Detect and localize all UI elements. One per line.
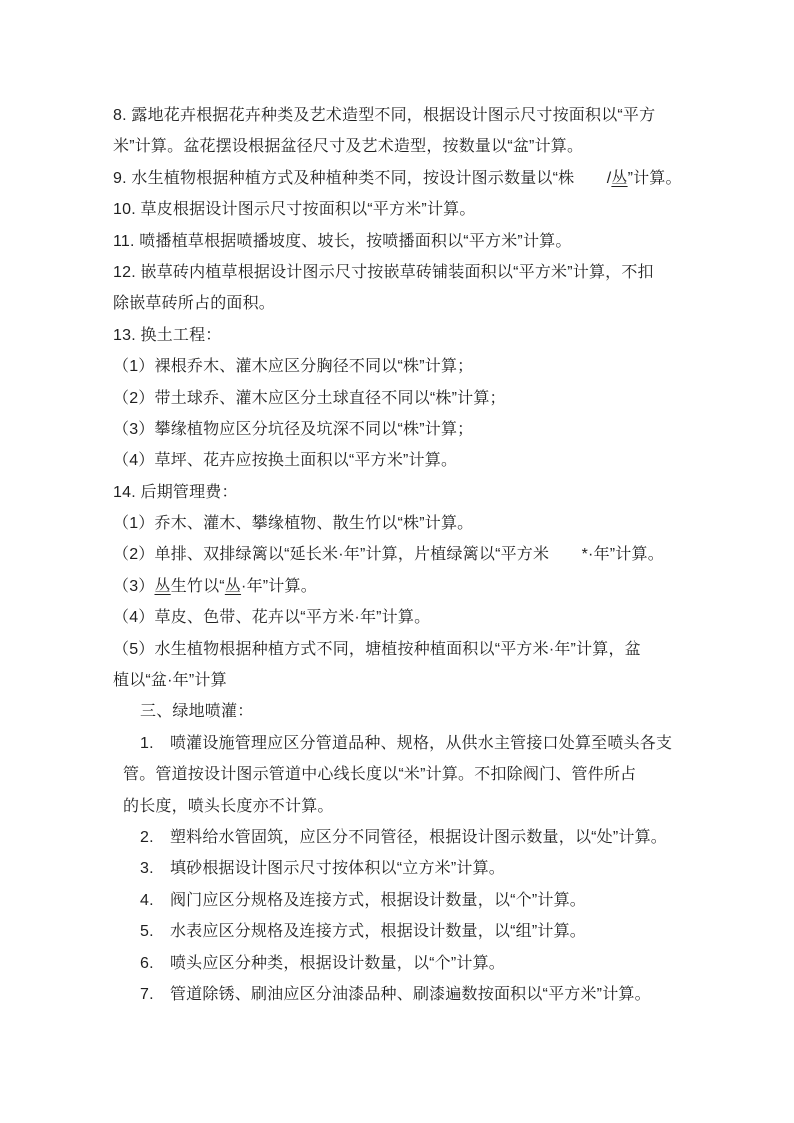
text-segment: 4. 阀门应区分规格及连接方式，根据设计数量，以“个”计算。 [140, 892, 586, 909]
text-segment: 米”计算。盆花摆设根据盆径尺寸及艺术造型，按数量以“盆”计算。 [113, 138, 583, 155]
text-line: 管。管道按设计图示管道中心线长度以“米”计算。不扣除阀门、管件所占 [113, 759, 693, 790]
paragraph: （3）丛生竹以“丛·年”计算。 [113, 571, 693, 602]
text-line: 5. 水表应区分规格及连接方式，根据设计数量，以“组”计算。 [113, 916, 693, 947]
text-segment: 植以“盆·年”计算 [113, 672, 227, 689]
paragraph: 7. 管道除锈、刷油应区分油漆品种、刷漆遍数按面积以“平方米”计算。 [113, 979, 693, 1010]
text-segment: 除嵌草砖所占的面积。 [113, 295, 275, 312]
text-line: 13. 换土工程： [113, 320, 693, 351]
paragraph: 1. 喷灌设施管理应区分管道品种、规格，从供水主管接口处算至喷头各支管。管道按设… [113, 728, 693, 822]
paragraph: 11. 喷播植草根据喷播坡度、坡长，按喷播面积以“平方米”计算。 [113, 226, 693, 257]
text-segment: 8. 露地花卉根据花卉种类及艺术造型不同，根据设计图示尺寸按面积以“平方 [113, 107, 655, 124]
paragraph: 13. 换土工程： [113, 320, 693, 351]
text-line: （2）带土球乔、灌木应区分土球直径不同以“株”计算； [113, 383, 693, 414]
paragraph: 三、绿地喷灌： [113, 696, 693, 727]
paragraph: （4）草皮、色带、花卉以“平方米·年”计算。 [113, 602, 693, 633]
paragraph: 3. 填砂根据设计图示尺寸按体积以“立方米”计算。 [113, 853, 693, 884]
text-line: （4）草坪、花卉应按换土面积以“平方米”计算。 [113, 445, 693, 476]
text-segment: （4）草皮、色带、花卉以“平方米·年”计算。 [113, 609, 430, 626]
text-segment: 3. 填砂根据设计图示尺寸按体积以“立方米”计算。 [140, 860, 505, 877]
paragraph: 4. 阀门应区分规格及连接方式，根据设计数量，以“个”计算。 [113, 885, 693, 916]
paragraph: 10. 草皮根据设计图示尺寸按面积以“平方米”计算。 [113, 194, 693, 225]
text-segment: 生竹以“ [171, 578, 225, 595]
text-line: （4）草皮、色带、花卉以“平方米·年”计算。 [113, 602, 693, 633]
text-line: （2）单排、双排绿篱以“延长米·年”计算，片植绿篱以“平方米 *·年”计算。 [113, 539, 693, 570]
text-line: 3. 填砂根据设计图示尺寸按体积以“立方米”计算。 [113, 853, 693, 884]
text-line: 4. 阀门应区分规格及连接方式，根据设计数量，以“个”计算。 [113, 885, 693, 916]
paragraph: 5. 水表应区分规格及连接方式，根据设计数量，以“组”计算。 [113, 916, 693, 947]
text-line: （1）裸根乔木、灌木应区分胸径不同以“株”计算； [113, 351, 693, 382]
paragraph: （1）乔木、灌木、攀缘植物、散生竹以“株”计算。 [113, 508, 693, 539]
paragraph: （3）攀缘植物应区分坑径及坑深不同以“株”计算； [113, 414, 693, 445]
text-segment: （2）单排、双排绿篱以“延长米·年”计算，片植绿篱以“平方米 *·年”计算。 [113, 546, 664, 563]
text-segment: 6. 喷头应区分种类，根据设计数量，以“个”计算。 [140, 955, 505, 972]
text-line: 除嵌草砖所占的面积。 [113, 288, 693, 319]
text-segment: 2. 塑料给水管固筑，应区分不同管径，根据设计图示数量，以“处”计算。 [140, 829, 667, 846]
text-segment: （1）乔木、灌木、攀缘植物、散生竹以“株”计算。 [113, 515, 473, 532]
text-line: 的长度，喷头长度亦不计算。 [113, 791, 693, 822]
text-line: 植以“盆·年”计算 [113, 665, 693, 696]
text-segment: 12. 嵌草砖内植草根据设计图示尺寸按嵌草砖铺装面积以“平方米”计算，不扣 [113, 264, 654, 281]
text-line: 三、绿地喷灌： [113, 696, 693, 727]
text-line: （3）攀缘植物应区分坑径及坑深不同以“株”计算； [113, 414, 693, 445]
text-line: 7. 管道除锈、刷油应区分油漆品种、刷漆遍数按面积以“平方米”计算。 [113, 979, 693, 1010]
text-line: 1. 喷灌设施管理应区分管道品种、规格，从供水主管接口处算至喷头各支 [113, 728, 693, 759]
underlined-text: 丛 [225, 578, 241, 595]
paragraph: （2）单排、双排绿篱以“延长米·年”计算，片植绿篱以“平方米 *·年”计算。 [113, 539, 693, 570]
text-segment: 管。管道按设计图示管道中心线长度以“米”计算。不扣除阀门、管件所占 [123, 766, 636, 783]
underlined-text: 丛 [155, 578, 171, 595]
underlined-text: 丛 [611, 170, 627, 187]
paragraph: （4）草坪、花卉应按换土面积以“平方米”计算。 [113, 445, 693, 476]
text-segment: （4）草坪、花卉应按换土面积以“平方米”计算。 [113, 452, 457, 469]
document-body: 8. 露地花卉根据花卉种类及艺术造型不同，根据设计图示尺寸按面积以“平方米”计算… [113, 100, 693, 1010]
paragraph: 12. 嵌草砖内植草根据设计图示尺寸按嵌草砖铺装面积以“平方米”计算，不扣除嵌草… [113, 257, 693, 320]
text-line: （1）乔木、灌木、攀缘植物、散生竹以“株”计算。 [113, 508, 693, 539]
text-line: 14. 后期管理费： [113, 477, 693, 508]
text-line: （3）丛生竹以“丛·年”计算。 [113, 571, 693, 602]
paragraph: 6. 喷头应区分种类，根据设计数量，以“个”计算。 [113, 948, 693, 979]
text-segment: （5）水生植物根据种植方式不同，塘植按种植面积以“平方米·年”计算，盆 [113, 641, 641, 658]
text-segment: 1. 喷灌设施管理应区分管道品种、规格，从供水主管接口处算至喷头各支 [140, 735, 672, 752]
text-line: 2. 塑料给水管固筑，应区分不同管径，根据设计图示数量，以“处”计算。 [113, 822, 693, 853]
text-line: 9. 水生植物根据种植方式及种植种类不同，按设计图示数量以“株 /丛”计算。 [113, 163, 693, 194]
paragraph: 8. 露地花卉根据花卉种类及艺术造型不同，根据设计图示尺寸按面积以“平方米”计算… [113, 100, 693, 163]
text-line: 6. 喷头应区分种类，根据设计数量，以“个”计算。 [113, 948, 693, 979]
document-page: 8. 露地花卉根据花卉种类及艺术造型不同，根据设计图示尺寸按面积以“平方米”计算… [0, 0, 794, 1123]
text-line: 12. 嵌草砖内植草根据设计图示尺寸按嵌草砖铺装面积以“平方米”计算，不扣 [113, 257, 693, 288]
text-segment: 的长度，喷头长度亦不计算。 [123, 798, 334, 815]
paragraph: 9. 水生植物根据种植方式及种植种类不同，按设计图示数量以“株 /丛”计算。 [113, 163, 693, 194]
text-line: 米”计算。盆花摆设根据盆径尺寸及艺术造型，按数量以“盆”计算。 [113, 131, 693, 162]
text-segment: 14. 后期管理费： [113, 484, 238, 501]
text-segment: （2）带土球乔、灌木应区分土球直径不同以“株”计算； [113, 390, 506, 407]
text-segment: 11. 喷播植草根据喷播坡度、坡长，按喷播面积以“平方米”计算。 [113, 233, 572, 250]
text-segment: （1）裸根乔木、灌木应区分胸径不同以“株”计算； [113, 358, 473, 375]
paragraph: （2）带土球乔、灌木应区分土球直径不同以“株”计算； [113, 383, 693, 414]
text-line: （5）水生植物根据种植方式不同，塘植按种植面积以“平方米·年”计算，盆 [113, 634, 693, 665]
paragraph: 2. 塑料给水管固筑，应区分不同管径，根据设计图示数量，以“处”计算。 [113, 822, 693, 853]
text-segment: ·年”计算。 [241, 578, 317, 595]
text-segment: 9. 水生植物根据种植方式及种植种类不同，按设计图示数量以“株 / [113, 170, 611, 187]
text-segment: 5. 水表应区分规格及连接方式，根据设计数量，以“组”计算。 [140, 923, 586, 940]
text-segment: ”计算。 [628, 170, 682, 187]
text-segment: 10. 草皮根据设计图示尺寸按面积以“平方米”计算。 [113, 201, 476, 218]
paragraph: （1）裸根乔木、灌木应区分胸径不同以“株”计算； [113, 351, 693, 382]
text-segment: 7. 管道除锈、刷油应区分油漆品种、刷漆遍数按面积以“平方米”计算。 [140, 986, 651, 1003]
paragraph: 14. 后期管理费： [113, 477, 693, 508]
text-segment: （3） [113, 578, 155, 595]
text-segment: （3）攀缘植物应区分坑径及坑深不同以“株”计算； [113, 421, 473, 438]
text-segment: 13. 换土工程： [113, 327, 222, 344]
text-line: 10. 草皮根据设计图示尺寸按面积以“平方米”计算。 [113, 194, 693, 225]
text-line: 11. 喷播植草根据喷播坡度、坡长，按喷播面积以“平方米”计算。 [113, 226, 693, 257]
text-segment: 三、绿地喷灌： [140, 703, 253, 720]
text-line: 8. 露地花卉根据花卉种类及艺术造型不同，根据设计图示尺寸按面积以“平方 [113, 100, 693, 131]
paragraph: （5）水生植物根据种植方式不同，塘植按种植面积以“平方米·年”计算，盆植以“盆·… [113, 634, 693, 697]
